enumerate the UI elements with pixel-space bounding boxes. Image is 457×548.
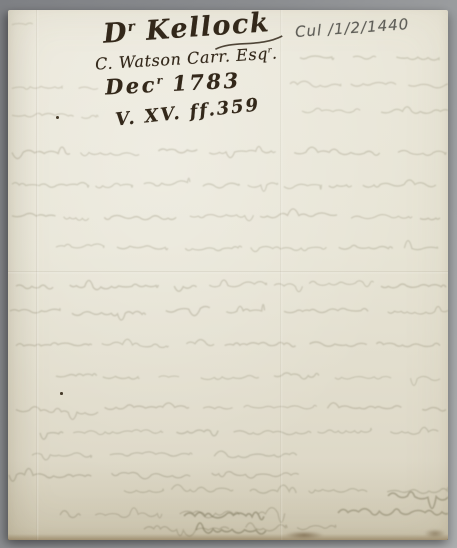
ink-spot-middle [60,392,63,395]
docket-patient-rest: . [271,43,278,62]
bleed-line [185,246,242,251]
bleed-line [203,407,232,409]
bleed-line [105,403,189,409]
bleed-line [176,430,218,436]
bleed-line [56,374,97,377]
bleed-line [209,147,275,158]
bleed-line [40,432,63,439]
ink-spot-upper [56,116,59,119]
bleed-line [214,451,297,458]
bleed-line [72,311,146,320]
bleed-line [244,405,317,409]
bleed-line [398,151,446,156]
ink-smudge-corner [424,529,446,538]
bleed-line [225,342,296,346]
bleed-line [274,284,303,292]
bleed-line [159,376,179,377]
bleed-line [404,241,437,250]
bleed-line [363,180,436,187]
bleed-line [81,153,140,156]
bleed-line [158,149,197,153]
bleed-line [310,342,367,346]
docket-recipient-text: D [102,17,129,50]
bleed-line [351,82,396,86]
bleed-line [260,209,337,218]
bleed-line [166,306,210,315]
bleed-line [104,215,176,219]
bottom-edge-discoloration [8,534,448,540]
bleed-line [376,342,440,346]
bleed-line [335,376,391,379]
bleed-line [328,403,402,409]
bleed-line [294,147,380,155]
bleed-line [234,431,312,435]
bleed-line [79,87,98,89]
bleed-line [248,183,278,191]
bleed-line [81,115,98,118]
bleed-line [309,281,373,287]
docket-date-rest: 1783 [162,67,241,96]
bleed-line [251,247,327,252]
bleed-line [56,244,104,248]
bleed-line [290,81,341,87]
bleed-line [422,408,446,411]
bleed-line [144,178,190,186]
scan-background: Dr Kellock C. Watson Carr. Esqr. Decr 17… [0,0,457,548]
bleed-line [201,376,259,380]
bleed-line [411,376,441,385]
bleed-line [284,184,322,189]
bleed-line [190,215,254,221]
bleed-line [388,306,448,314]
bleed-line [110,452,192,456]
bleed-line [420,218,440,220]
bleed-line [339,245,393,249]
bottom-aging-shade [8,460,448,540]
bleed-line [302,108,360,112]
ink-smudge-bottom [284,531,324,539]
bleed-line [381,284,446,288]
bleed-line [96,183,133,187]
bleed-line [73,430,163,435]
bleed-line [284,308,368,312]
bleed-line [70,280,159,289]
bleed-line [274,373,319,379]
bleed-line [390,427,438,434]
bleed-line [329,185,352,187]
bleed-line [186,340,214,346]
bleed-line [318,428,372,433]
bleed-line [351,215,412,219]
bleed-line [174,286,196,292]
bleed-line [396,57,439,60]
bleed-line [381,107,448,114]
docket-date-text: Dec [104,72,157,100]
bleed-line [353,56,376,59]
letter-page: Dr Kellock C. Watson Carr. Esqr. Decr 17… [8,10,448,540]
bleed-line [32,453,92,460]
bleed-line [203,183,240,188]
bleed-line [103,376,139,379]
bleed-line [102,339,169,347]
bleed-line [300,56,334,59]
bleed-line [117,246,168,250]
bleed-line [408,84,448,88]
bleed-line [209,280,267,287]
bleed-line [226,305,264,313]
bleed-line [64,217,89,221]
